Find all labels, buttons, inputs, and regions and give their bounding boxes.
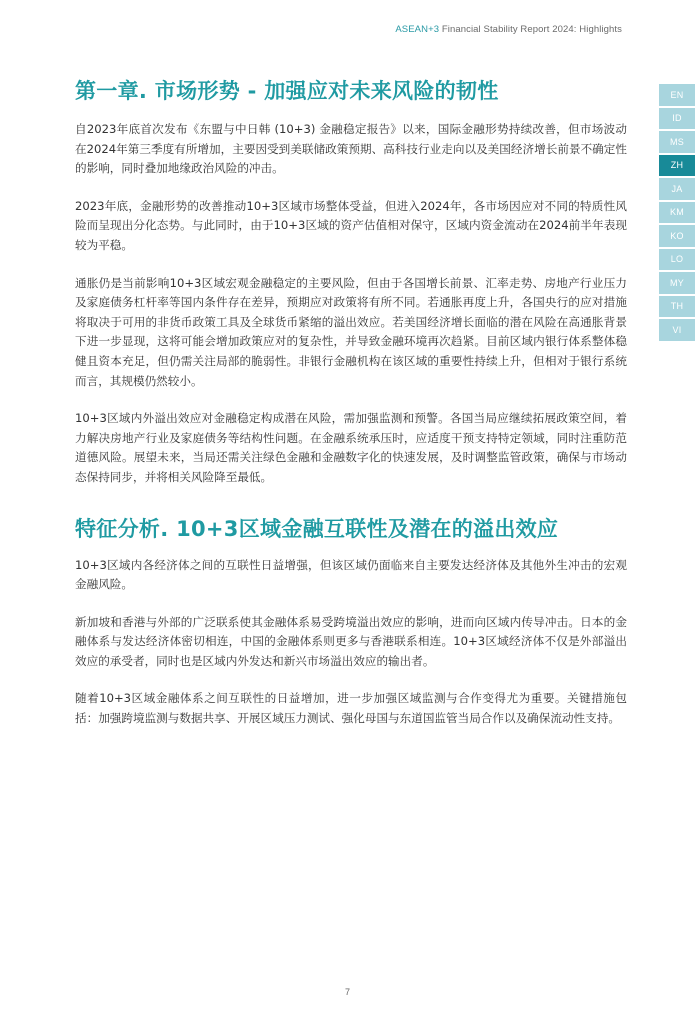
chapter-paragraph-3: 通胀仍是当前影响10+3区域宏观金融稳定的主要风险，但由于各国增长前景、汇率走势…: [75, 274, 627, 392]
section-paragraph-3: 随着10+3区域金融体系之间互联性的日益增加，进一步加强区域监测与合作变得尤为重…: [75, 689, 627, 728]
page-number: 7: [0, 987, 695, 997]
language-tab-id[interactable]: ID: [659, 108, 695, 130]
language-tab-th[interactable]: TH: [659, 296, 695, 318]
language-tab-km[interactable]: KM: [659, 202, 695, 224]
language-tab-my[interactable]: MY: [659, 272, 695, 294]
language-tab-zh[interactable]: ZH: [659, 155, 695, 177]
section-heading: 特征分析. 10+3区域金融互联性及潜在的溢出效应: [75, 514, 627, 544]
language-tab-vi[interactable]: VI: [659, 319, 695, 341]
chapter-paragraph-2: 2023年底，金融形势的改善推动10+3区域市场整体受益，但进入2024年，各市…: [75, 197, 627, 256]
language-tab-ms[interactable]: MS: [659, 131, 695, 153]
section-paragraph-2: 新加坡和香港与外部的广泛联系使其金融体系易受跨境溢出效应的影响，进而向区域内传导…: [75, 613, 627, 672]
language-tabs: EN ID MS ZH JA KM KO LO MY TH VI: [659, 84, 695, 341]
language-tab-ko[interactable]: KO: [659, 225, 695, 247]
section-paragraph-1: 10+3区域内各经济体之间的互联性日益增强，但该区域仍面临来自主要发达经济体及其…: [75, 556, 627, 595]
report-brand: ASEAN+3: [395, 24, 439, 35]
report-title-text: Financial Stability Report 2024: Highlig…: [439, 24, 622, 35]
chapter-paragraph-4: 10+3区域内外溢出效应对金融稳定构成潜在风险，需加强监测和预警。各国当局应继续…: [75, 409, 627, 487]
report-header-title: ASEAN+3 Financial Stability Report 2024:…: [395, 24, 622, 35]
language-tab-en[interactable]: EN: [659, 84, 695, 106]
language-tab-lo[interactable]: LO: [659, 249, 695, 271]
chapter-paragraph-1: 自2023年底首次发布《东盟与中日韩 (10+3) 金融稳定报告》以来，国际金融…: [75, 120, 627, 179]
chapter-heading: 第一章. 市场形势 - 加强应对未来风险的韧性: [75, 76, 627, 106]
page-content: 第一章. 市场形势 - 加强应对未来风险的韧性 自2023年底首次发布《东盟与中…: [75, 76, 627, 729]
language-tab-ja[interactable]: JA: [659, 178, 695, 200]
